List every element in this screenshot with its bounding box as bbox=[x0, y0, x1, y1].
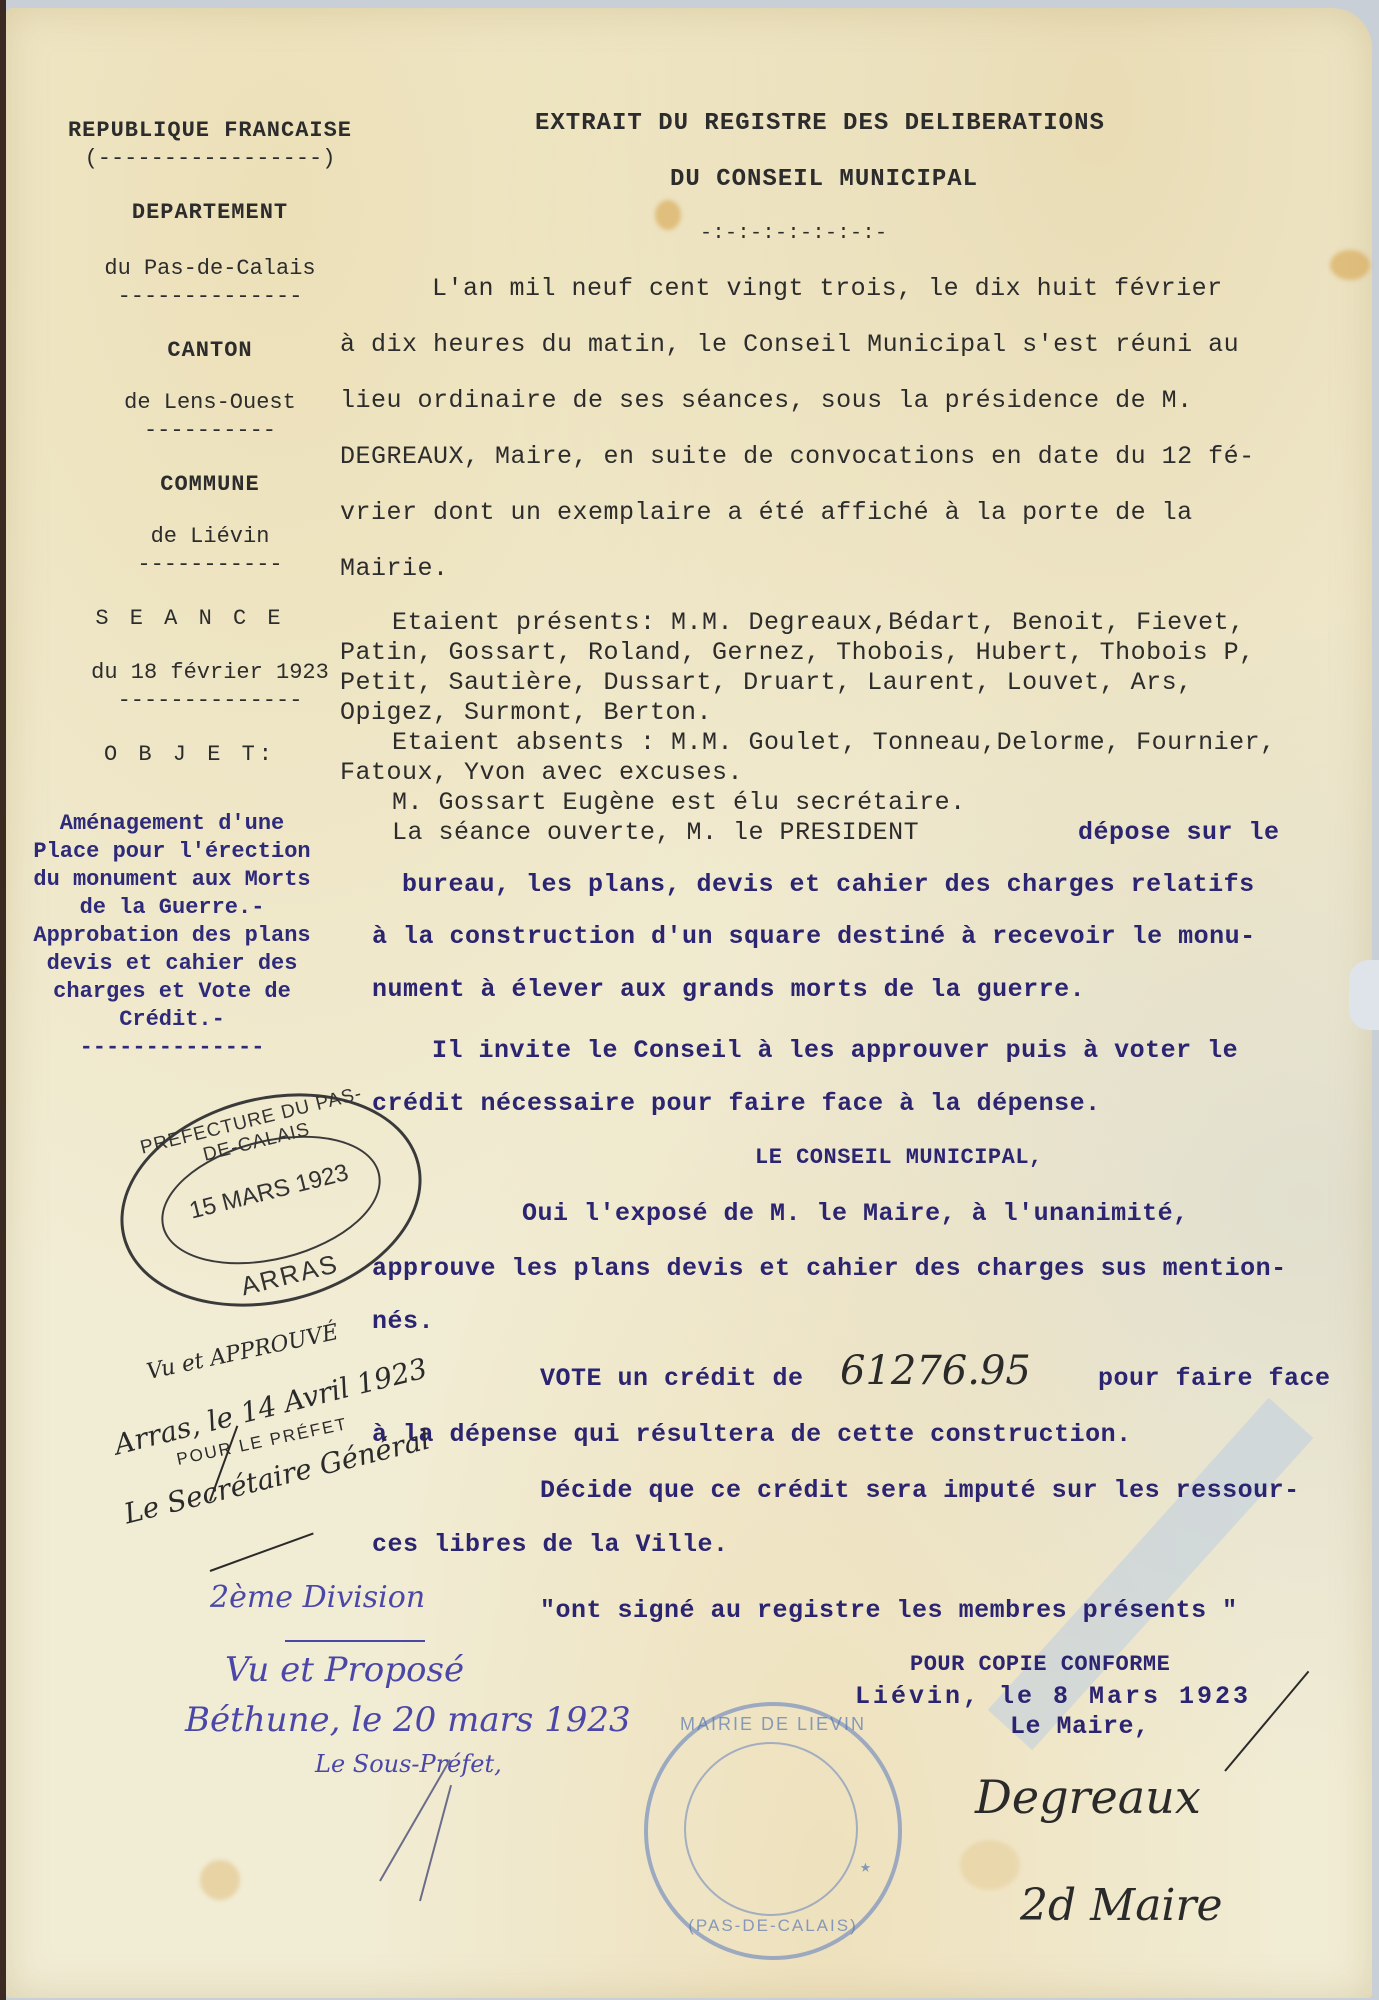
conseil-heading: LE CONSEIL MUNICIPAL, bbox=[755, 1145, 1043, 1170]
presents-line: Patin, Gossart, Roland, Gernez, Thobois,… bbox=[340, 638, 1255, 667]
stamp-inner-ring bbox=[684, 1742, 858, 1916]
departement-label: DEPARTEMENT bbox=[40, 200, 380, 225]
seance-date: du 18 février 1923 bbox=[40, 660, 380, 685]
vote-amount-handwritten: 61276.95 bbox=[840, 1348, 1031, 1394]
document-subtitle: DU CONSEIL MUNICIPAL bbox=[670, 166, 978, 193]
stamp-ring-top: MAIRIE DE LIEVIN bbox=[648, 1714, 898, 1735]
canton-rule: ---------- bbox=[40, 418, 380, 443]
objet-line: Place pour l'érection bbox=[2, 838, 342, 866]
objet-line: de la Guerre.- bbox=[2, 894, 342, 922]
secretaire-line: M. Gossart Eugène est élu secrétaire. bbox=[392, 788, 966, 817]
republique-heading: REPUBLIQUE FRANCAISE bbox=[40, 118, 380, 143]
invite-line: crédit nécessaire pour faire face à la d… bbox=[372, 1089, 1101, 1118]
seance-rule: -------------- bbox=[40, 688, 380, 713]
objet-line: Approbation des plans bbox=[2, 922, 342, 950]
objet-rule: -------------- bbox=[2, 1034, 342, 1062]
absents-line: Etaient absents : M.M. Goulet, Tonneau,D… bbox=[392, 728, 1276, 757]
foxing-spot bbox=[655, 200, 681, 230]
objet-line: du monument aux Morts bbox=[2, 866, 342, 894]
vu-propose-note: Vu et Proposé bbox=[225, 1650, 464, 1690]
intro-line: lieu ordinaire de ses séances, sous la p… bbox=[340, 386, 1193, 415]
absents-line: Fatoux, Yvon avec excuses. bbox=[340, 758, 743, 787]
division-underline bbox=[285, 1640, 425, 1642]
republique-rule: (-----------------) bbox=[40, 146, 380, 171]
intro-line: à dix heures du matin, le Conseil Munici… bbox=[340, 330, 1239, 359]
ouverture-line: La séance ouverte, M. le PRESIDENT bbox=[392, 818, 919, 847]
objet-label: O B J E T: bbox=[40, 742, 340, 767]
commune-value: de Liévin bbox=[40, 524, 380, 549]
presents-line: Petit, Sautière, Dussart, Druart, Lauren… bbox=[340, 668, 1193, 697]
mayor-signature: Degreaux bbox=[975, 1770, 1201, 1824]
adjoint-note: 2d Maire bbox=[1020, 1880, 1223, 1931]
oui-line: Oui l'exposé de M. le Maire, à l'unanimi… bbox=[522, 1199, 1189, 1228]
vote-prefix: VOTE un crédit de bbox=[540, 1364, 804, 1393]
commune-label: COMMUNE bbox=[40, 472, 380, 497]
seance-label: S E A N C E bbox=[40, 606, 340, 631]
copie-conforme: POUR COPIE CONFORME bbox=[910, 1652, 1170, 1677]
canton-value: de Lens-Ouest bbox=[40, 390, 380, 415]
title-rule: -:-:-:-:-:-:-:- bbox=[700, 222, 888, 245]
intro-line: Mairie. bbox=[340, 554, 449, 583]
paper-tear bbox=[1349, 960, 1379, 1030]
foxing-spot bbox=[960, 1840, 1020, 1890]
signed-line: "ont signé au registre les membres prése… bbox=[540, 1596, 1238, 1625]
intro-line: L'an mil neuf cent vingt trois, le dix h… bbox=[432, 274, 1223, 303]
closing-place-date: Liévin, le 8 Mars 1923 bbox=[855, 1682, 1251, 1711]
foxing-spot bbox=[1330, 250, 1370, 280]
depose-text: dépose sur le bbox=[1078, 818, 1280, 847]
vote-line2: à la dépense qui résultera de cette cons… bbox=[372, 1420, 1132, 1449]
presents-line: Etaient présents: M.M. Degreaux,Bédart, … bbox=[392, 608, 1245, 637]
expose-line: bureau, les plans, devis et cahier des c… bbox=[402, 870, 1255, 899]
intro-line: DEGREAUX, Maire, en suite de convocation… bbox=[340, 442, 1255, 471]
presents-line: Opigez, Surmont, Berton. bbox=[340, 698, 712, 727]
objet-line: Aménagement d'une bbox=[2, 810, 342, 838]
decide-line: Décide que ce crédit sera imputé sur les… bbox=[540, 1476, 1300, 1505]
decide-line: ces libres de la Ville. bbox=[372, 1530, 729, 1559]
invite-line: Il invite le Conseil à les approuver pui… bbox=[432, 1036, 1238, 1065]
mairie-stamp: MAIRIE DE LIEVIN (PAS-DE-CALAIS) ★ bbox=[644, 1702, 902, 1960]
document-title: EXTRAIT DU REGISTRE DES DELIBERATIONS bbox=[535, 110, 1105, 137]
approuve-line: nés. bbox=[372, 1307, 434, 1336]
objet-line: devis et cahier des bbox=[2, 950, 342, 978]
closing-maire: Le Maire, bbox=[1010, 1712, 1150, 1741]
bethune-date-note: Béthune, le 20 mars 1923 bbox=[185, 1700, 631, 1740]
stamp-ring-bottom: (PAS-DE-CALAIS) bbox=[648, 1916, 898, 1936]
objet-line: Crédit.- bbox=[2, 1006, 342, 1034]
foxing-spot bbox=[200, 1860, 240, 1900]
expose-line: nument à élever aux grands morts de la g… bbox=[372, 975, 1085, 1004]
commune-rule: ----------- bbox=[40, 552, 380, 577]
sous-prefet-note: Le Sous-Préfet, bbox=[315, 1750, 502, 1778]
departement-value: du Pas-de-Calais bbox=[40, 256, 380, 281]
canton-label: CANTON bbox=[40, 338, 380, 363]
approuve-line: approuve les plans devis et cahier des c… bbox=[372, 1254, 1287, 1283]
vote-suffix: pour faire face bbox=[1098, 1364, 1331, 1393]
departement-rule: -------------- bbox=[40, 284, 380, 309]
division-note: 2ème Division bbox=[210, 1580, 425, 1615]
star-icon: ★ bbox=[860, 1856, 871, 1878]
objet-line: charges et Vote de bbox=[2, 978, 342, 1006]
intro-line: vrier dont un exemplaire a été affiché à… bbox=[340, 498, 1193, 527]
expose-line: à la construction d'un square destiné à … bbox=[372, 922, 1256, 951]
